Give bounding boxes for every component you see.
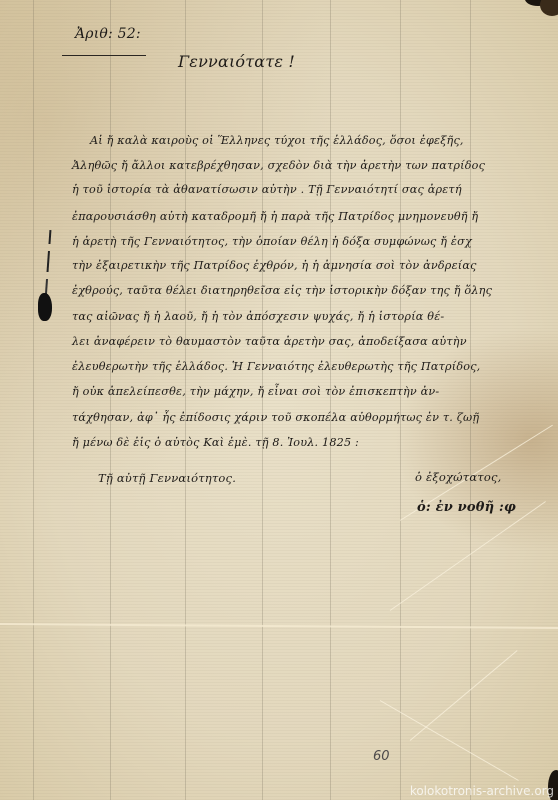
body-line: ἐλευθερωτὴν τῆς ἑλλάδος. Ἡ Γενναιότης ἐλ… bbox=[72, 360, 480, 373]
paper-laid-lines bbox=[0, 0, 558, 800]
scanned-letter-page: Ἀριθ: 52: Γενναιότατε ! Αἱ ἤ καλὰ καιροὺ… bbox=[0, 0, 558, 800]
paper-chain-line bbox=[262, 0, 263, 800]
body-line: Αἱ ἤ καλὰ καιροὺς οἱ Ἕλληνες τύχοι τῆς ἑ… bbox=[90, 134, 464, 147]
closing-line: Τῇ αὐτῇ Γενναιότητος. bbox=[98, 471, 236, 485]
folio-number: 60 bbox=[373, 749, 390, 764]
archive-watermark: kolokotronis-archive.org bbox=[410, 784, 554, 798]
body-line: ἐπαρουσιάσθη αὐτὴ καταδρομῆ ἤ ἡ παρὰ τῆς… bbox=[72, 210, 478, 223]
reference-underline bbox=[62, 55, 146, 56]
body-line: ἤ μένω δὲ ἐἰς ὁ αὐτὸς Καὶ ἐμὲ. τῇ 8. Ἰου… bbox=[72, 436, 359, 449]
body-line: Ἀληθῶς ἤ ἄλλοι κατεβρέχθησαν, σχεδὸν διὰ… bbox=[72, 159, 485, 172]
body-line: ἡ τοῦ ἱστορία τὰ ἀθανατίσωσιν αὐτὴν . Τῇ… bbox=[72, 183, 462, 196]
signature: ὁ: ἐν νοθῆ :φ bbox=[417, 500, 516, 515]
paper-chain-line bbox=[470, 0, 471, 800]
paper-chain-line bbox=[185, 0, 186, 800]
body-line: λει ἀναφέρειν τὸ θαυμαστὸν ταῦτα ἀρετὴν … bbox=[72, 335, 467, 348]
body-line: ἤ οὐκ ἀπελείπεσθε, τὴν μάχην, ἤ εἶναι σο… bbox=[72, 385, 439, 398]
body-line: ἡ ἀρετὴ τῆς Γενναιότητος, τὴν ὁποίαν θέλ… bbox=[72, 235, 472, 248]
ink-blot bbox=[38, 293, 52, 321]
body-line: τὴν ἐξαιρετικὴν τῆς Πατρίδος ἐχθρόν, ἡ ἡ… bbox=[72, 259, 477, 272]
body-line: ἐχθρούς, ταῦτα θέλει διατηρηθεῖσα εἰς τὴ… bbox=[72, 284, 492, 297]
paper-chain-line bbox=[33, 0, 34, 800]
salutation: Γενναιότατε ! bbox=[178, 52, 295, 71]
body-line: τάχθησαν, ἀφ᾽ ἧς ἐπίδοσις χάριν τοῦ σκοπ… bbox=[72, 411, 479, 424]
sign-off: ὁ ἐξοχώτατος, bbox=[415, 470, 501, 484]
paper-chain-line bbox=[330, 0, 331, 800]
paper-chain-line bbox=[110, 0, 111, 800]
reference-number: Ἀριθ: 52: bbox=[75, 26, 141, 42]
paper-chain-line bbox=[400, 0, 401, 800]
body-line: τας αἰῶνας ἤ ἡ λαοῦ, ἤ ἡ τὸν ἀπόσχεσιν ψ… bbox=[72, 310, 444, 323]
